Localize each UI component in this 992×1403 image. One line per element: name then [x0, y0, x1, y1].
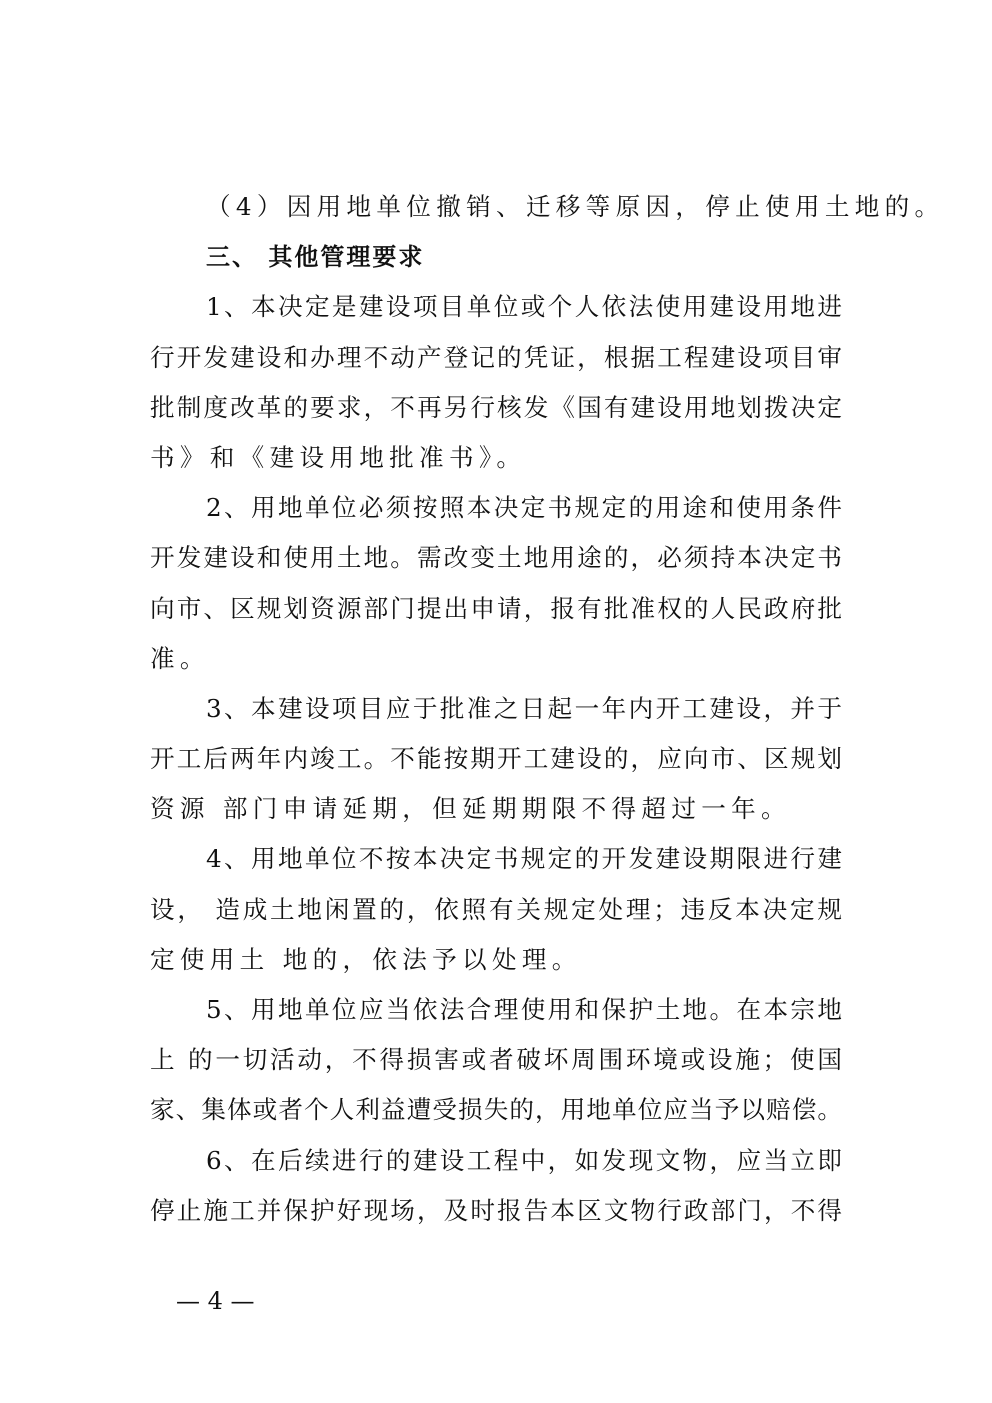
paragraph-2-line-2: 开发建设和使用土地。需改变土地用途的，必须持本决定书 — [150, 533, 842, 583]
section-heading: 三、 其他管理要求 — [150, 232, 842, 282]
paragraph-2-line-1: 2、用地单位必须按照本决定书规定的用途和使用条件 — [150, 483, 842, 533]
paragraph-1-line-2: 行开发建设和办理不动产登记的凭证，根据工程建设项目审 — [150, 333, 842, 383]
paragraph-2-line-4: 准。 — [150, 634, 842, 684]
document-page: （4）因用地单位撤销、迁移等原因，停止使用土地的。 三、 其他管理要求 1、本决… — [150, 182, 842, 1236]
list-item-4: （4）因用地单位撤销、迁移等原因，停止使用土地的。 — [150, 182, 842, 232]
paragraph-4-line-1: 4、用地单位不按本决定书规定的开发建设期限进行建 — [150, 834, 842, 884]
paragraph-1-line-3: 批制度改革的要求，不再另行核发《国有建设用地划拨决定 — [150, 383, 842, 433]
paragraph-3-line-1: 3、本建设项目应于批准之日起一年内开工建设，并于 — [150, 684, 842, 734]
paragraph-1-line-4: 书》和《建设用地批准书》。 — [150, 433, 842, 483]
paragraph-3-line-3: 资源 部门申请延期，但延期期限不得超过一年。 — [150, 784, 842, 834]
paragraph-6-line-1: 6、在后续进行的建设工程中，如发现文物，应当立即 — [150, 1136, 842, 1186]
page-number: — 4 — — [176, 1286, 255, 1316]
paragraph-4-line-2: 设， 造成土地闲置的，依照有关规定处理；违反本决定规 — [150, 885, 842, 935]
paragraph-6-line-2: 停止施工并保护好现场，及时报告本区文物行政部门，不得 — [150, 1186, 842, 1236]
paragraph-5-line-3: 家、集体或者个人利益遭受损失的，用地单位应当予以赔偿。 — [150, 1085, 842, 1135]
paragraph-1-line-1: 1、本决定是建设项目单位或个人依法使用建设用地进 — [150, 282, 842, 332]
paragraph-5-line-2: 上 的一切活动，不得损害或者破坏周围环境或设施；使国 — [150, 1035, 842, 1085]
paragraph-2-line-3: 向市、区规划资源部门提出申请，报有批准权的人民政府批 — [150, 584, 842, 634]
paragraph-3-line-2: 开工后两年内竣工。不能按期开工建设的，应向市、区规划 — [150, 734, 842, 784]
paragraph-5-line-1: 5、用地单位应当依法合理使用和保护土地。在本宗地 — [150, 985, 842, 1035]
paragraph-4-line-3: 定使用土 地的，依法予以处理。 — [150, 935, 842, 985]
